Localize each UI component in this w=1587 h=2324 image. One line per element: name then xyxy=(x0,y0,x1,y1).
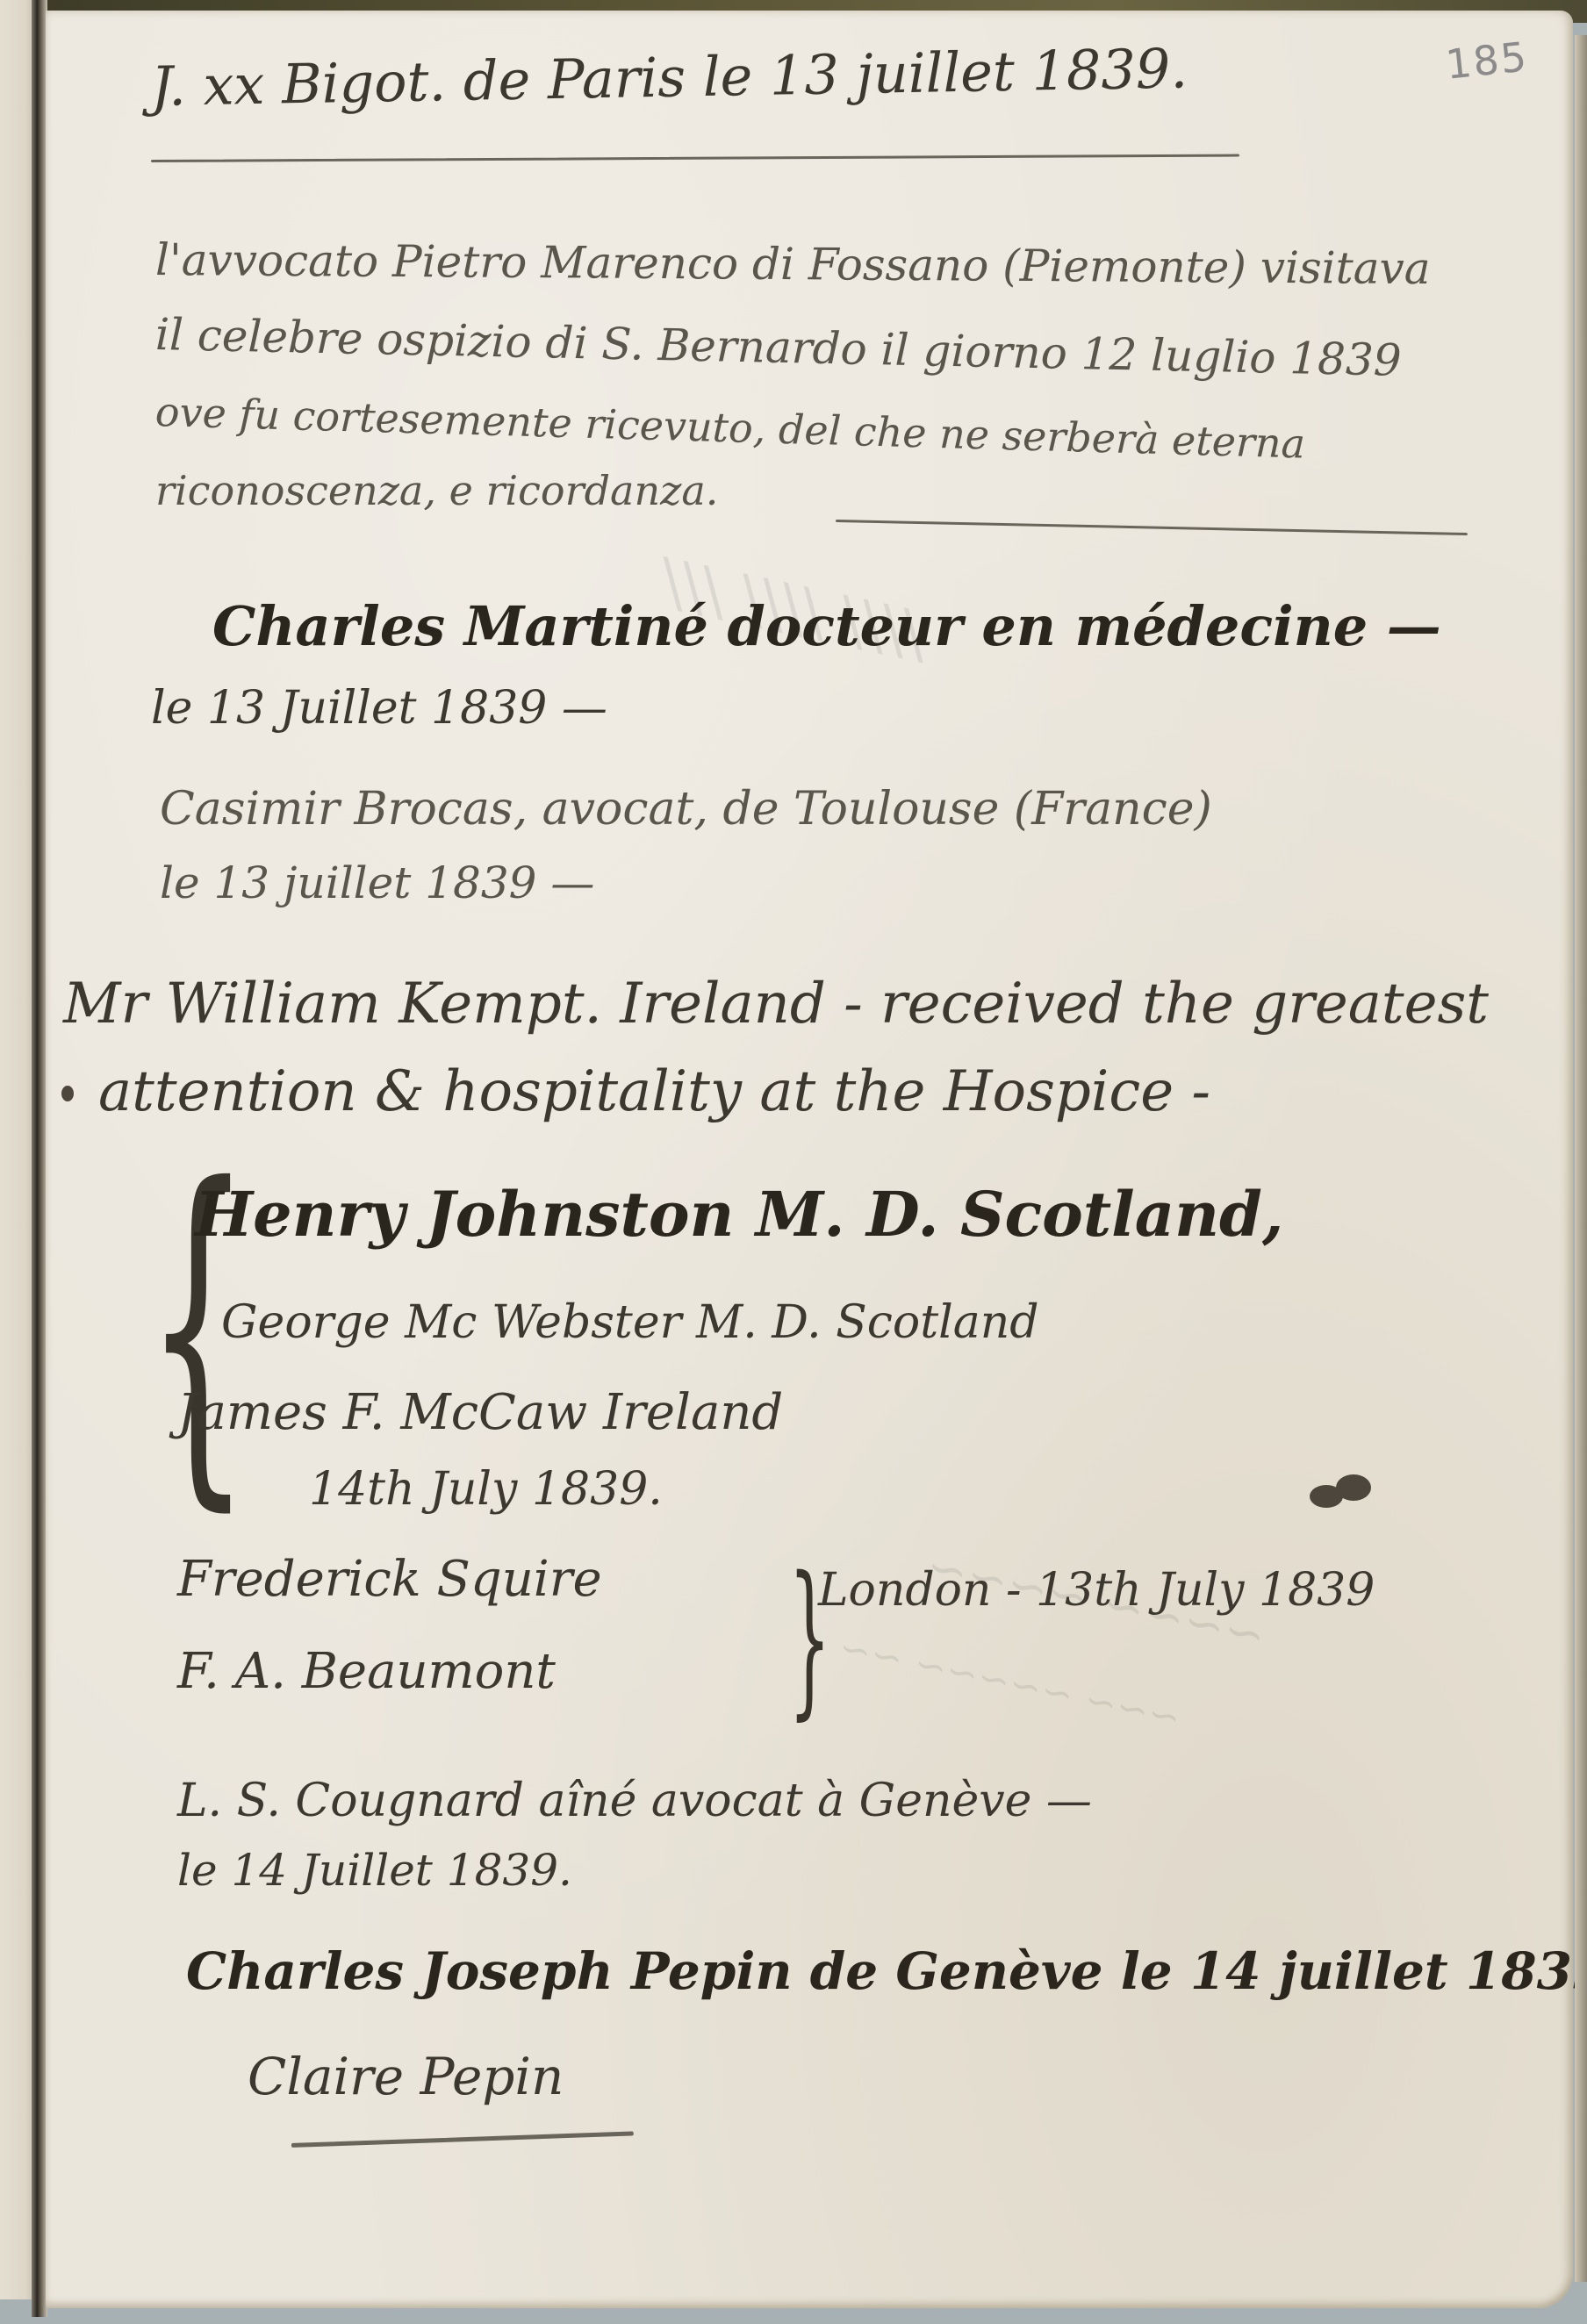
entry-marenco-line-1: l'avvocato Pietro Marenco di Fossano (Pi… xyxy=(155,234,1431,294)
ink-blot xyxy=(1336,1474,1371,1501)
entry-johnston-line: Henry Johnston M. D. Scotland, xyxy=(195,1178,1283,1251)
entry-martine-line-2: le 13 Juillet 1839 — xyxy=(151,682,607,735)
entry-martine-line-1: Charles Martiné docteur en médecine — xyxy=(212,594,1441,658)
entry-london-place-date: London - 13th July 1839 xyxy=(818,1564,1375,1617)
entry-marenco-line-4: riconoscenza, e ricordanza. xyxy=(155,467,718,514)
manuscript-page: //// //// /// ~~~~ ~~~~ ~~~ ~~~~~ ~~ 185… xyxy=(46,11,1573,2308)
entry-beaumont-line: F. A. Beaumont xyxy=(177,1643,556,1700)
entry-kempt-line-2: attention & hospitality at the Hospice - xyxy=(98,1059,1210,1124)
signature-flourish xyxy=(291,2131,634,2148)
entry-cougnard-line-2: le 14 Juillet 1839. xyxy=(177,1845,572,1896)
entry-brocas-line-1: Casimir Brocas, avocat, de Toulouse (Fra… xyxy=(160,783,1212,836)
facing-page-edge xyxy=(0,0,32,2299)
entry-claire-pepin-signature: Claire Pepin xyxy=(248,2047,564,2106)
entry-pepin-line-1: Charles Joseph Pepin de Genève le 14 jui… xyxy=(186,1941,1587,2001)
entry-scottish-date: 14th July 1839. xyxy=(309,1463,663,1516)
underline-rule xyxy=(836,520,1468,535)
entry-kempt-line-1: Mr William Kempt. Ireland - received the… xyxy=(63,972,1489,1036)
scanned-register-page: //// //// /// ~~~~ ~~~~ ~~~ ~~~~~ ~~ 185… xyxy=(0,0,1587,2324)
page-stack-edge xyxy=(1575,35,1587,2282)
entry-marenco-line-3: ove fu cortesemente ricevuto, del che ne… xyxy=(154,388,1306,468)
underline-rule xyxy=(151,154,1239,162)
entry-webster-line: George Mc Webster M. D. Scotland xyxy=(221,1296,1039,1349)
entry-marenco-line-2: il celebre ospizio di S. Bernardo il gio… xyxy=(154,309,1402,386)
entry-bigot-line-1: J. xx Bigot. de Paris le 13 juillet 1839… xyxy=(150,36,1188,118)
entry-squire-line: Frederick Squire xyxy=(177,1551,602,1608)
entry-brocas-line-2: le 13 juillet 1839 — xyxy=(160,857,594,908)
page-number: 185 xyxy=(1443,32,1530,89)
ink-dot xyxy=(61,1086,74,1101)
bleed-through: ~~~ ~~~~~ ~~ xyxy=(835,1625,1185,1740)
entry-mccaw-line: James F. McCaw Ireland xyxy=(177,1384,783,1441)
entry-cougnard-line-1: L. S. Cougnard aîné avocat à Genève — xyxy=(177,1775,1092,1827)
